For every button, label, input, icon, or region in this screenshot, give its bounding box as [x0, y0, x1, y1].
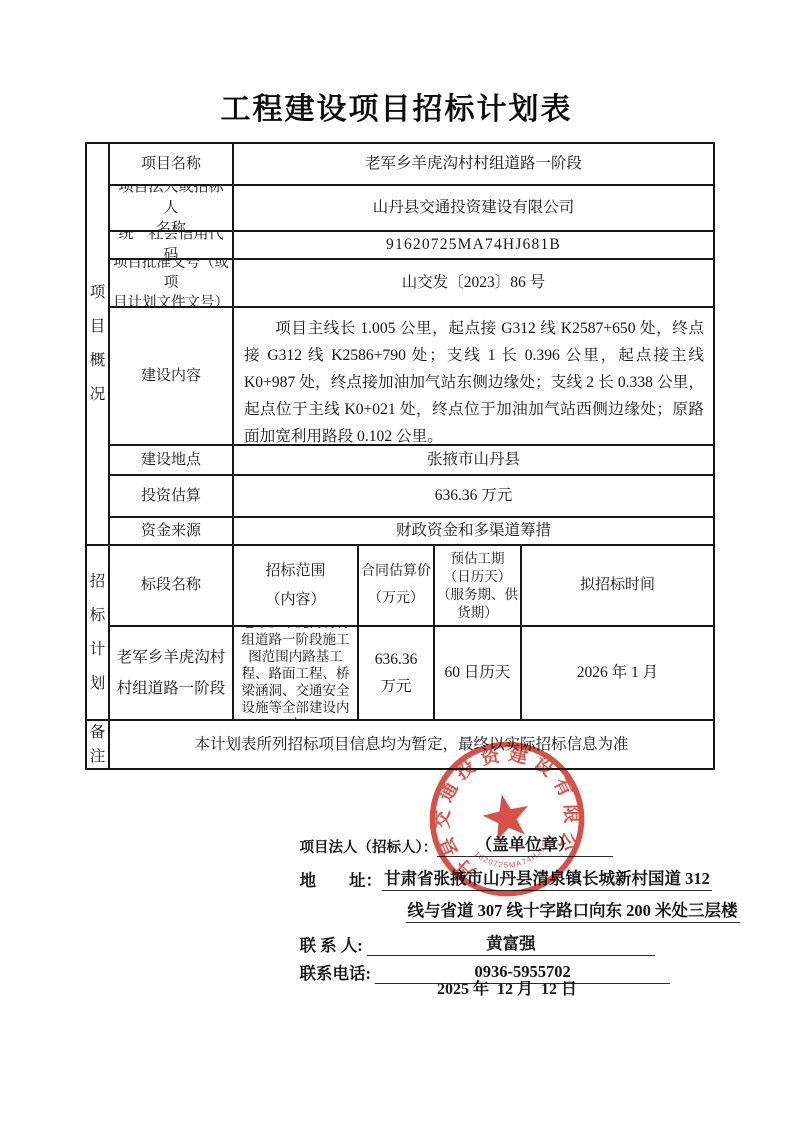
section-name-value: 老军乡羊虎沟村村组道路一阶段 — [110, 627, 234, 721]
header-estimated-duration: 预估工期 （日历天） （服务期、供货期） — [435, 546, 522, 627]
approval-number-label: 项目批准文号（或项 目计划文件文号） — [110, 260, 234, 308]
estimated-duration-value: 60 日历天 — [435, 627, 522, 721]
construction-content-value: 项目主线长 1.005 公里，起点接 G312 线 K2587+650 处，终点… — [234, 308, 713, 446]
header-planned-bid-time: 拟招标时间 — [522, 546, 713, 627]
page-title: 工程建设项目招标计划表 — [0, 84, 793, 128]
header-bidding-scope: 招标范围 （内容） — [234, 546, 359, 627]
remark-value: 本计划表所列招标项目信息均为暂定，最终以实际招标信息为准 — [110, 721, 713, 768]
investment-estimate-value: 636.36 万元 — [234, 476, 713, 518]
section-label-project-overview: 项目概况 — [87, 144, 110, 546]
construction-site-label: 建设地点 — [110, 446, 234, 476]
legal-entity-label: 项目法人或招标人 名称 — [110, 186, 234, 232]
legal-entity-value: 山丹县交通投资建设有限公司 — [234, 186, 713, 232]
section-label-remark: 备注 — [87, 721, 110, 768]
investment-estimate-label: 投资估算 — [110, 476, 234, 518]
document-page: 工程建设项目招标计划表 项目概况 项目名称 老军乡羊虎沟村村组道路一阶段 项目法… — [0, 0, 793, 1121]
section-label-bidding-plan: 招标计划 — [87, 546, 110, 721]
address-field-label: 地 址： — [300, 867, 383, 891]
header-section-name: 标段名称 — [110, 546, 234, 627]
project-name-label: 项目名称 — [110, 144, 234, 186]
bidding-plan-table: 项目概况 项目名称 老军乡羊虎沟村村组道路一阶段 项目法人或招标人 名称 山丹县… — [85, 142, 715, 770]
construction-site-value: 张掖市山丹县 — [234, 446, 713, 476]
phone-field-label: 联系电话: — [300, 960, 372, 984]
document-date: 2025 年 12 月 12 日 — [437, 976, 577, 999]
funding-source-label: 资金来源 — [110, 518, 234, 546]
approval-number-value: 山交发〔2023〕86 号 — [234, 260, 713, 308]
funding-source-value: 财政资金和多渠道筹措 — [234, 518, 713, 546]
planned-bid-time-value: 2026 年 1 月 — [522, 627, 713, 721]
contract-price-value: 636.36 万元 — [359, 627, 435, 721]
construction-content-label: 建设内容 — [110, 308, 234, 446]
credit-code-value: 91620725MA74HJ681B — [234, 232, 713, 260]
project-name-value: 老军乡羊虎沟村村组道路一阶段 — [234, 144, 713, 186]
credit-code-label: 统一社会信用代码 — [110, 232, 234, 260]
bidding-scope-value: 老军乡羊虎沟村村组道路一阶段施工图范围内路基工程、路面工程、桥梁涵洞、交通安全设… — [234, 627, 359, 721]
header-contract-price: 合同估算价 （万元） — [359, 546, 435, 627]
